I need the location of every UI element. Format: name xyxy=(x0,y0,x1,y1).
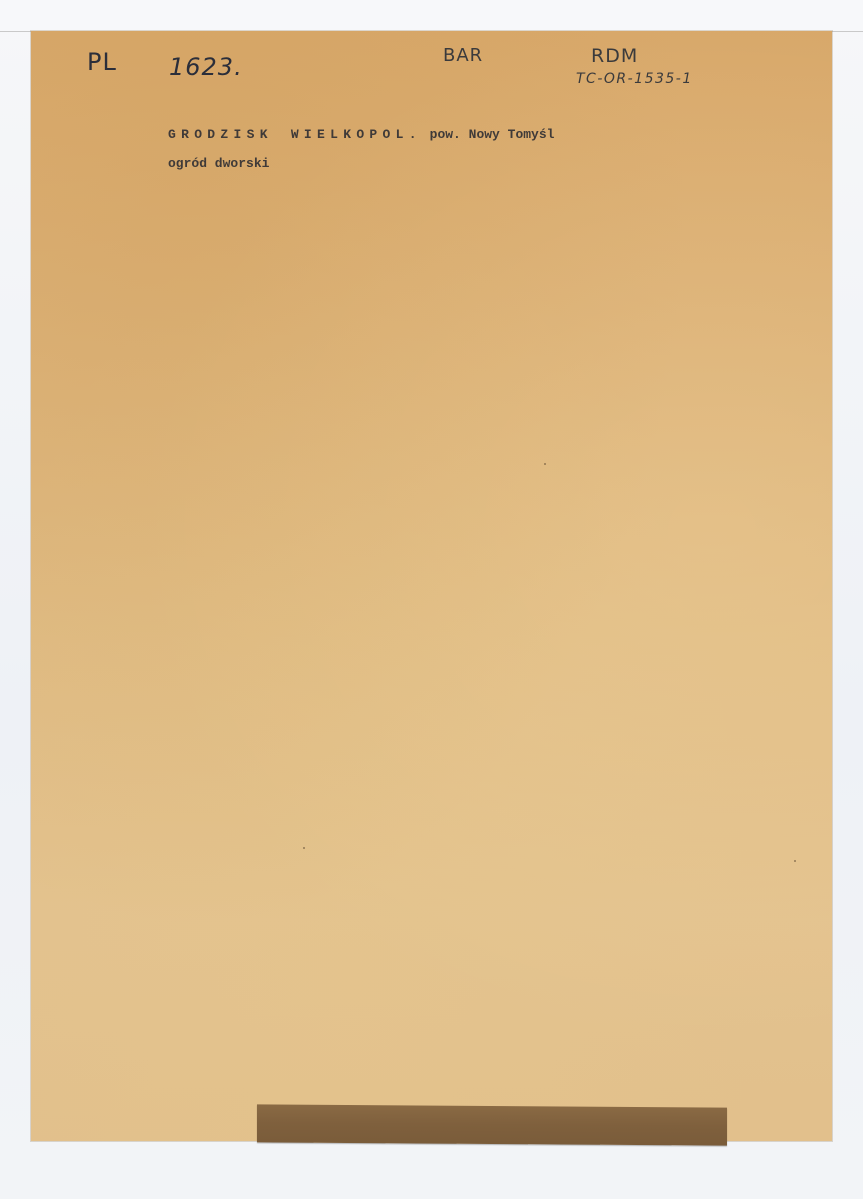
scan-background: PL 1623. BAR RDM TC-OR-1535-1 GRODZISKWI… xyxy=(0,0,863,1199)
place-qualifier: WIELKOPOL. xyxy=(291,127,422,142)
card-number: 1623. xyxy=(169,53,243,81)
place-name: GRODZISK xyxy=(168,127,273,142)
typed-heading: GRODZISKWIELKOPOL. pow. Nowy Tomyśl xyxy=(168,127,554,142)
country-code: PL xyxy=(87,48,117,76)
category-label: BAR xyxy=(443,45,483,66)
paper-speck xyxy=(198,161,200,163)
tape-strip xyxy=(257,1104,727,1145)
district-name: pow. Nowy Tomyśl xyxy=(430,127,555,142)
subject-line: ogród dworski xyxy=(168,156,269,171)
paper-speck xyxy=(303,847,305,849)
index-card: PL 1623. BAR RDM TC-OR-1535-1 GRODZISKWI… xyxy=(31,31,832,1141)
collection-label: RDM xyxy=(591,45,638,67)
paper-speck xyxy=(544,463,546,465)
signature-number: TC-OR-1535-1 xyxy=(576,71,693,87)
paper-speck xyxy=(794,860,796,862)
scanner-top-strip xyxy=(0,0,863,32)
